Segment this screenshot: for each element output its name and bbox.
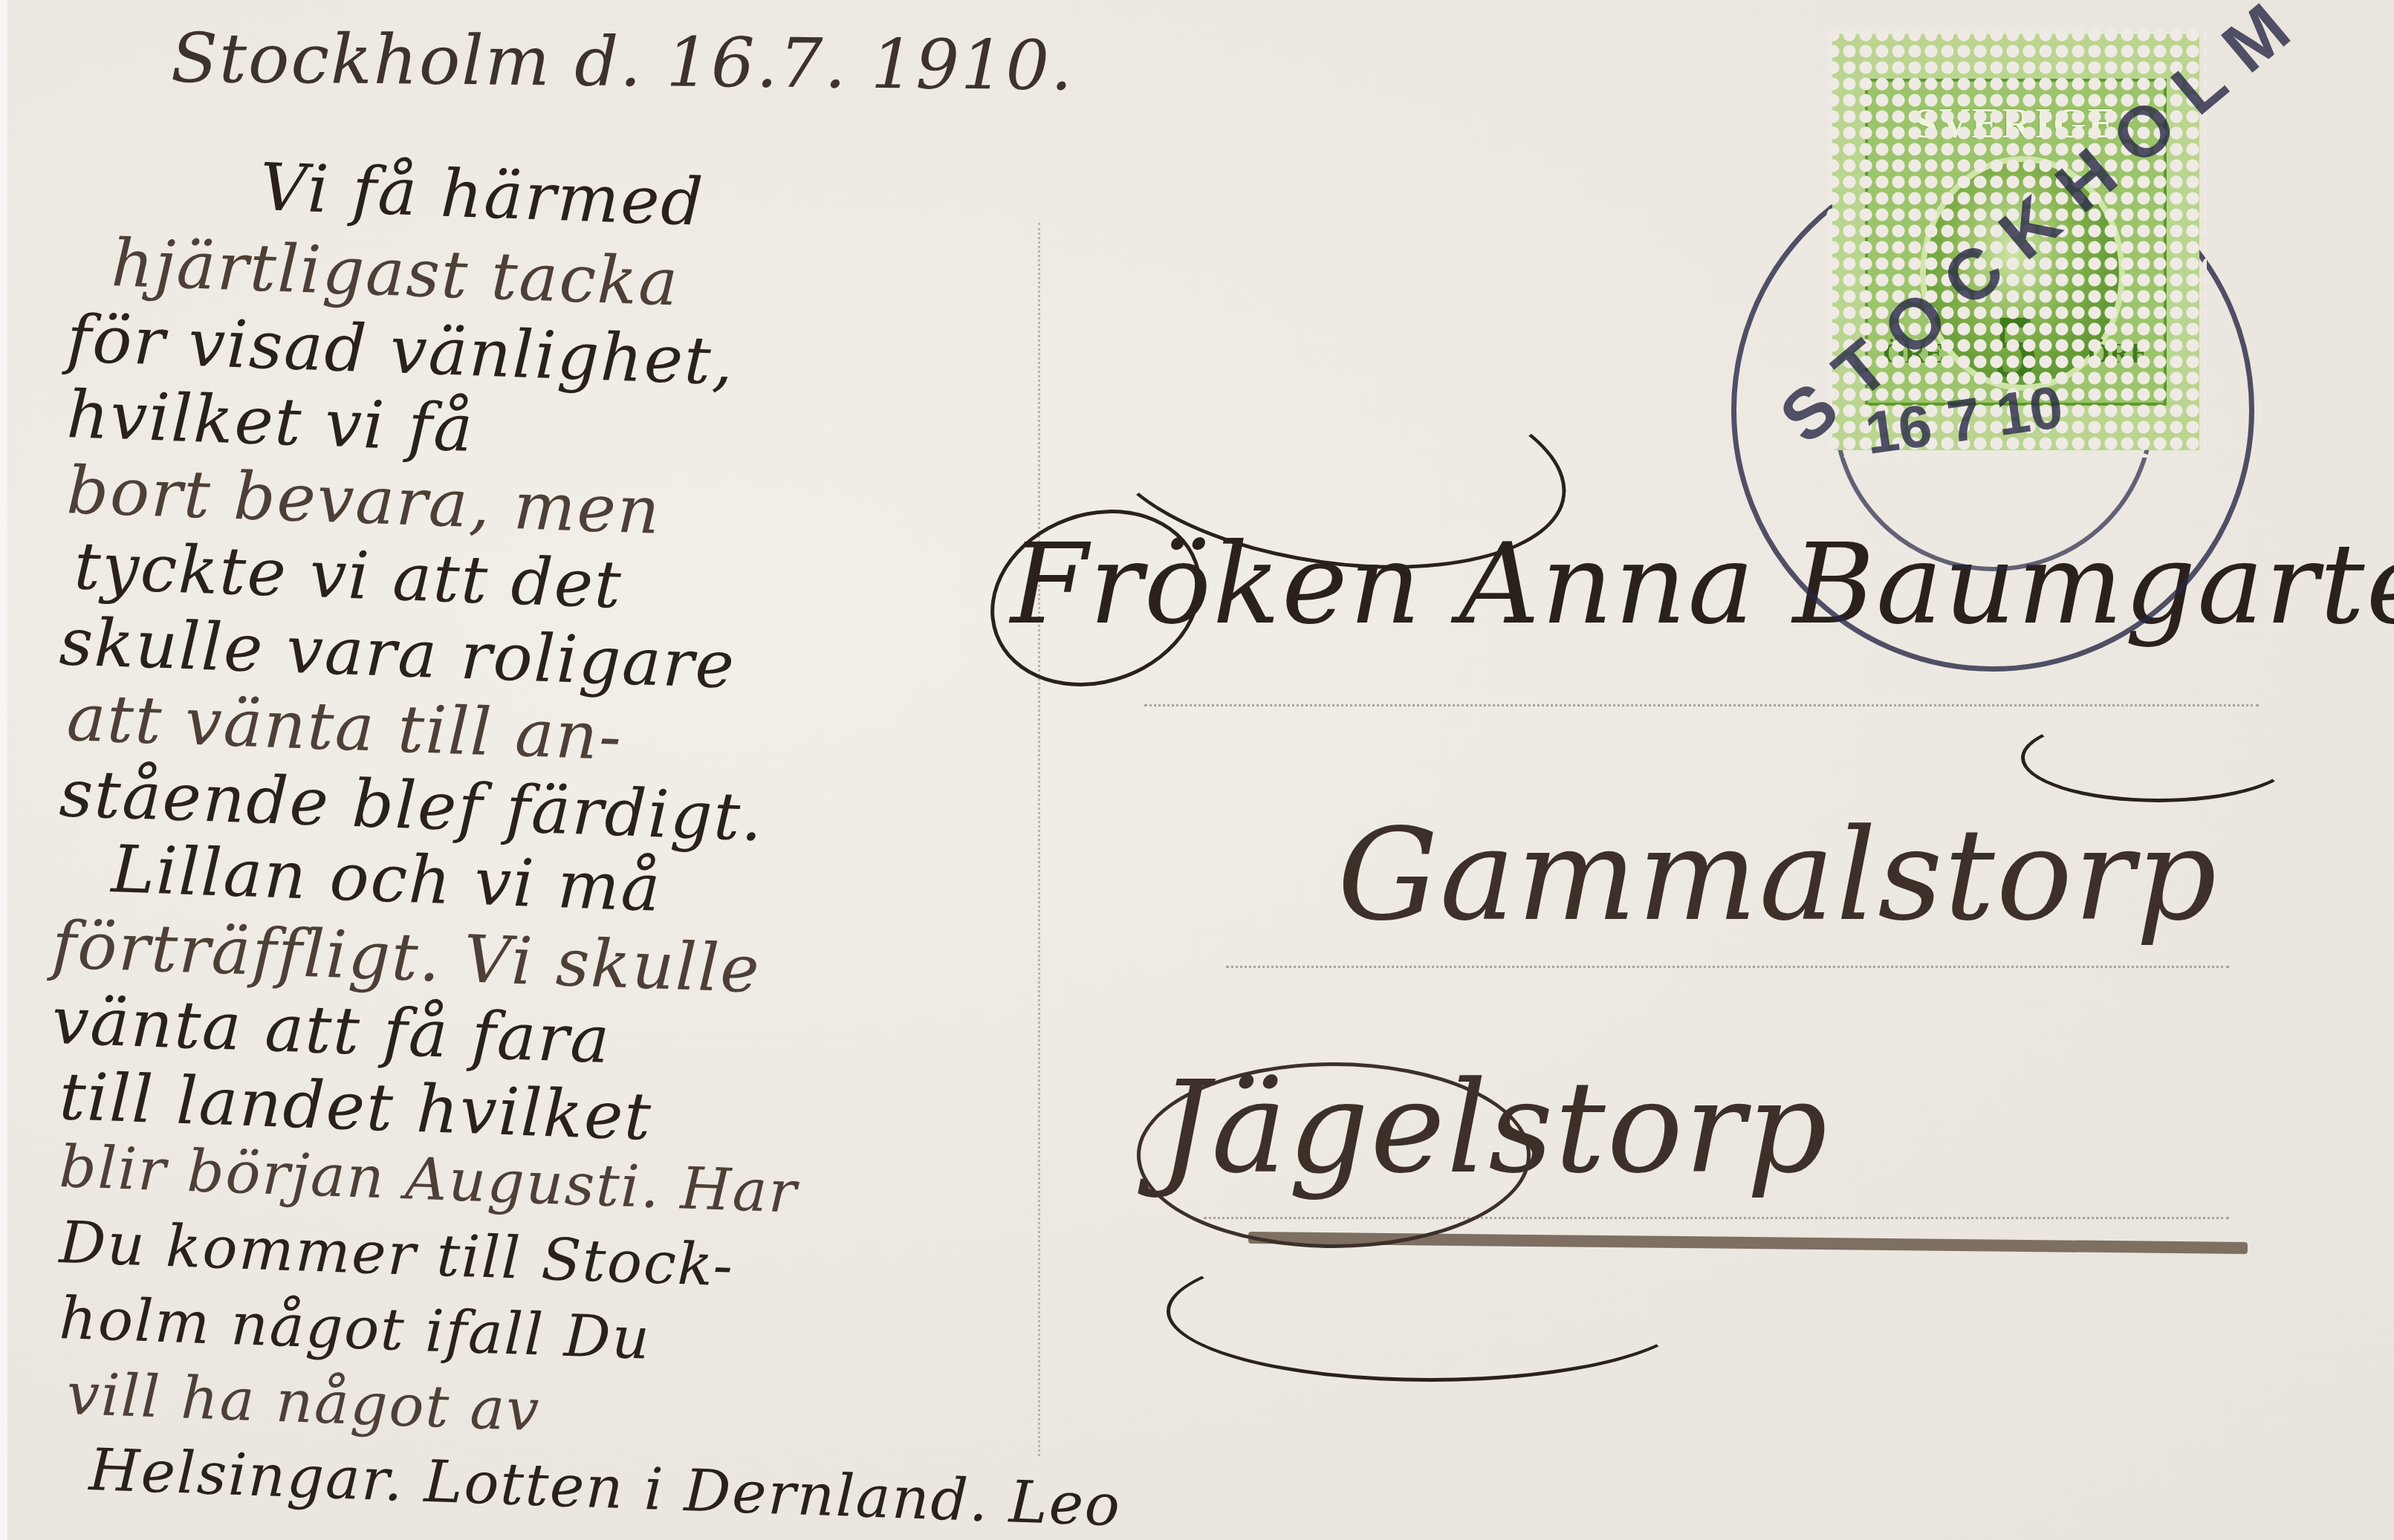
message-line: Vi få härmed	[259, 149, 705, 241]
message-line: hvilket vi få	[65, 376, 476, 467]
stamp-currency-right: ÖRE	[2088, 337, 2149, 370]
center-divider	[1038, 223, 1040, 1456]
message-line: Helsingar. Lotten i Dernland. Leo	[88, 1437, 1122, 1539]
address-line-1	[1144, 704, 2259, 706]
flourish-baumgarten-tail	[2021, 713, 2296, 802]
dateline: Stockholm d. 16.7. 1910.	[171, 19, 1074, 106]
flourish-bottom	[1167, 1241, 1694, 1382]
message-line: holm något ifall Du	[58, 1285, 652, 1373]
card-edge	[0, 0, 7, 1540]
postcard-back: Stockholm d. 16.7. 1910. Vi få härmedhjä…	[0, 0, 2394, 1540]
message-line: vill ha något av	[65, 1361, 541, 1444]
message-line: Du kommer till Stock-	[58, 1209, 735, 1300]
address-line2: Gammalstorp	[1337, 802, 2218, 949]
message-line: blir början Augusti. Har	[58, 1134, 799, 1227]
address-line3: Jägelstorp	[1159, 1055, 1829, 1202]
address-line-2	[1226, 966, 2229, 968]
